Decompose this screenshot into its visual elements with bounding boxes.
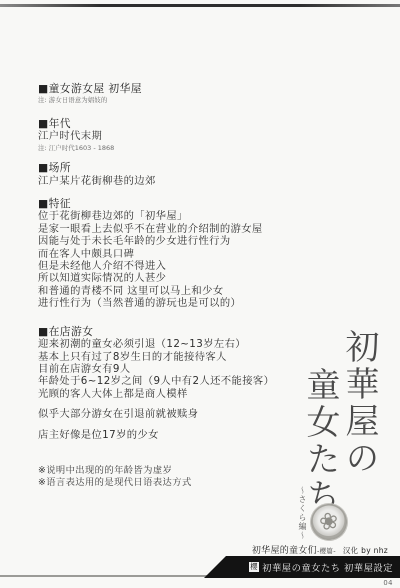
text-line: 目前在店游女有9人 xyxy=(38,363,310,375)
section-place: ■场所 江户某片花街柳巷的边郊 xyxy=(38,162,310,187)
footnote: ※语言表达用的是现代日语表达方式 xyxy=(38,477,310,489)
vertical-title-right-column: 初華屋の xyxy=(341,329,377,477)
section-heading: ■在店游女 xyxy=(38,326,310,338)
flower-glyph: ❀ xyxy=(317,507,341,536)
section-brothel: ■童女游女屋 初华屋 注: 游女日语意为娼妓的 xyxy=(38,83,310,105)
text-line: 江户某片花街柳巷的边郊 xyxy=(38,175,310,187)
footer-divider-line xyxy=(0,575,213,577)
text-line: 位于花街柳巷边郊的「初华屋」 xyxy=(38,210,310,222)
translation-credit: 初华屋的童女们-樱篇-汉化 by nhz xyxy=(252,543,388,556)
section-era: ■年代 江户时代末期 注: 江户时代1603 - 1868 xyxy=(38,118,310,152)
credit-edition: -樱篇- xyxy=(317,547,336,555)
credit-series-title: 初华屋的童女们 xyxy=(252,546,317,556)
text-line: 似乎大部分游女在引退前就被赎身 xyxy=(38,408,310,420)
setting-text-block: ■童女游女屋 初华屋 注: 游女日语意为娼妓的 ■年代 江户时代末期 注: 江户… xyxy=(38,83,310,489)
section-note: 注: 江户时代1603 - 1868 xyxy=(38,144,310,153)
section-heading: ■场所 xyxy=(38,162,310,174)
credit-translator: 汉化 by nhz xyxy=(343,546,388,555)
footnote: ※说明中出现的的年龄皆为虚岁 xyxy=(38,465,310,477)
footer-title: 初華屋の童女たち 初華屋設定 xyxy=(262,560,393,574)
text-line: 江户时代末期 xyxy=(38,130,310,142)
footer-title-bar: 櫻 初華屋の童女たち 初華屋設定 xyxy=(204,556,400,578)
vertical-title-subtitle: ～さくら編～ xyxy=(297,486,308,540)
text-line: 和普通的青楼不同 这里可以马上和少女 xyxy=(38,285,310,297)
sakura-badge-icon: 櫻 xyxy=(249,562,259,572)
text-line: 迎来初潮的童女必须引退（12~13岁左右） xyxy=(38,338,310,350)
section-heading: ■特征 xyxy=(38,198,310,210)
text-line: 基本上只有过了8岁生日的才能接待客人 xyxy=(38,351,310,363)
text-line: 店主好像是位17岁的少女 xyxy=(38,429,310,441)
text-line: 是家一眼看上去似乎不在营业的介绍制的游女屋 xyxy=(38,223,310,235)
text-line: 所以知道实际情况的人甚少 xyxy=(38,272,310,284)
text-line: 进行性行为（当然普通的游玩也是可以的） xyxy=(38,297,310,309)
section-heading: ■年代 xyxy=(38,118,310,130)
page-number: 04 xyxy=(383,579,393,587)
section-note: 注: 游女日语意为娼妓的 xyxy=(38,96,310,105)
section-heading: ■童女游女屋 初华屋 xyxy=(38,83,310,95)
text-line: 因能与处于未长毛年龄的少女进行性行为 xyxy=(38,235,310,247)
footnotes: ※说明中出现的的年龄皆为虚岁 ※语言表达用的是现代日语表达方式 xyxy=(38,465,310,489)
text-line: 而在客人中颇具口碑 xyxy=(38,248,310,260)
text-line: 光顾的客人大体上都是商人模样 xyxy=(38,388,310,400)
section-features: ■特征 位于花街柳巷边郊的「初华屋」 是家一眼看上去似乎不在营业的介绍制的游女屋… xyxy=(38,198,310,310)
section-courtesans: ■在店游女 迎来初潮的童女必须引退（12~13岁左右） 基本上只有过了8岁生日的… xyxy=(38,326,310,441)
text-line: 年龄处于6~12岁之间（9人中有2人还不能接客） xyxy=(38,375,310,387)
text-line: 但是未经他人介绍不得进入 xyxy=(38,260,310,272)
page-top-edge xyxy=(0,4,400,7)
